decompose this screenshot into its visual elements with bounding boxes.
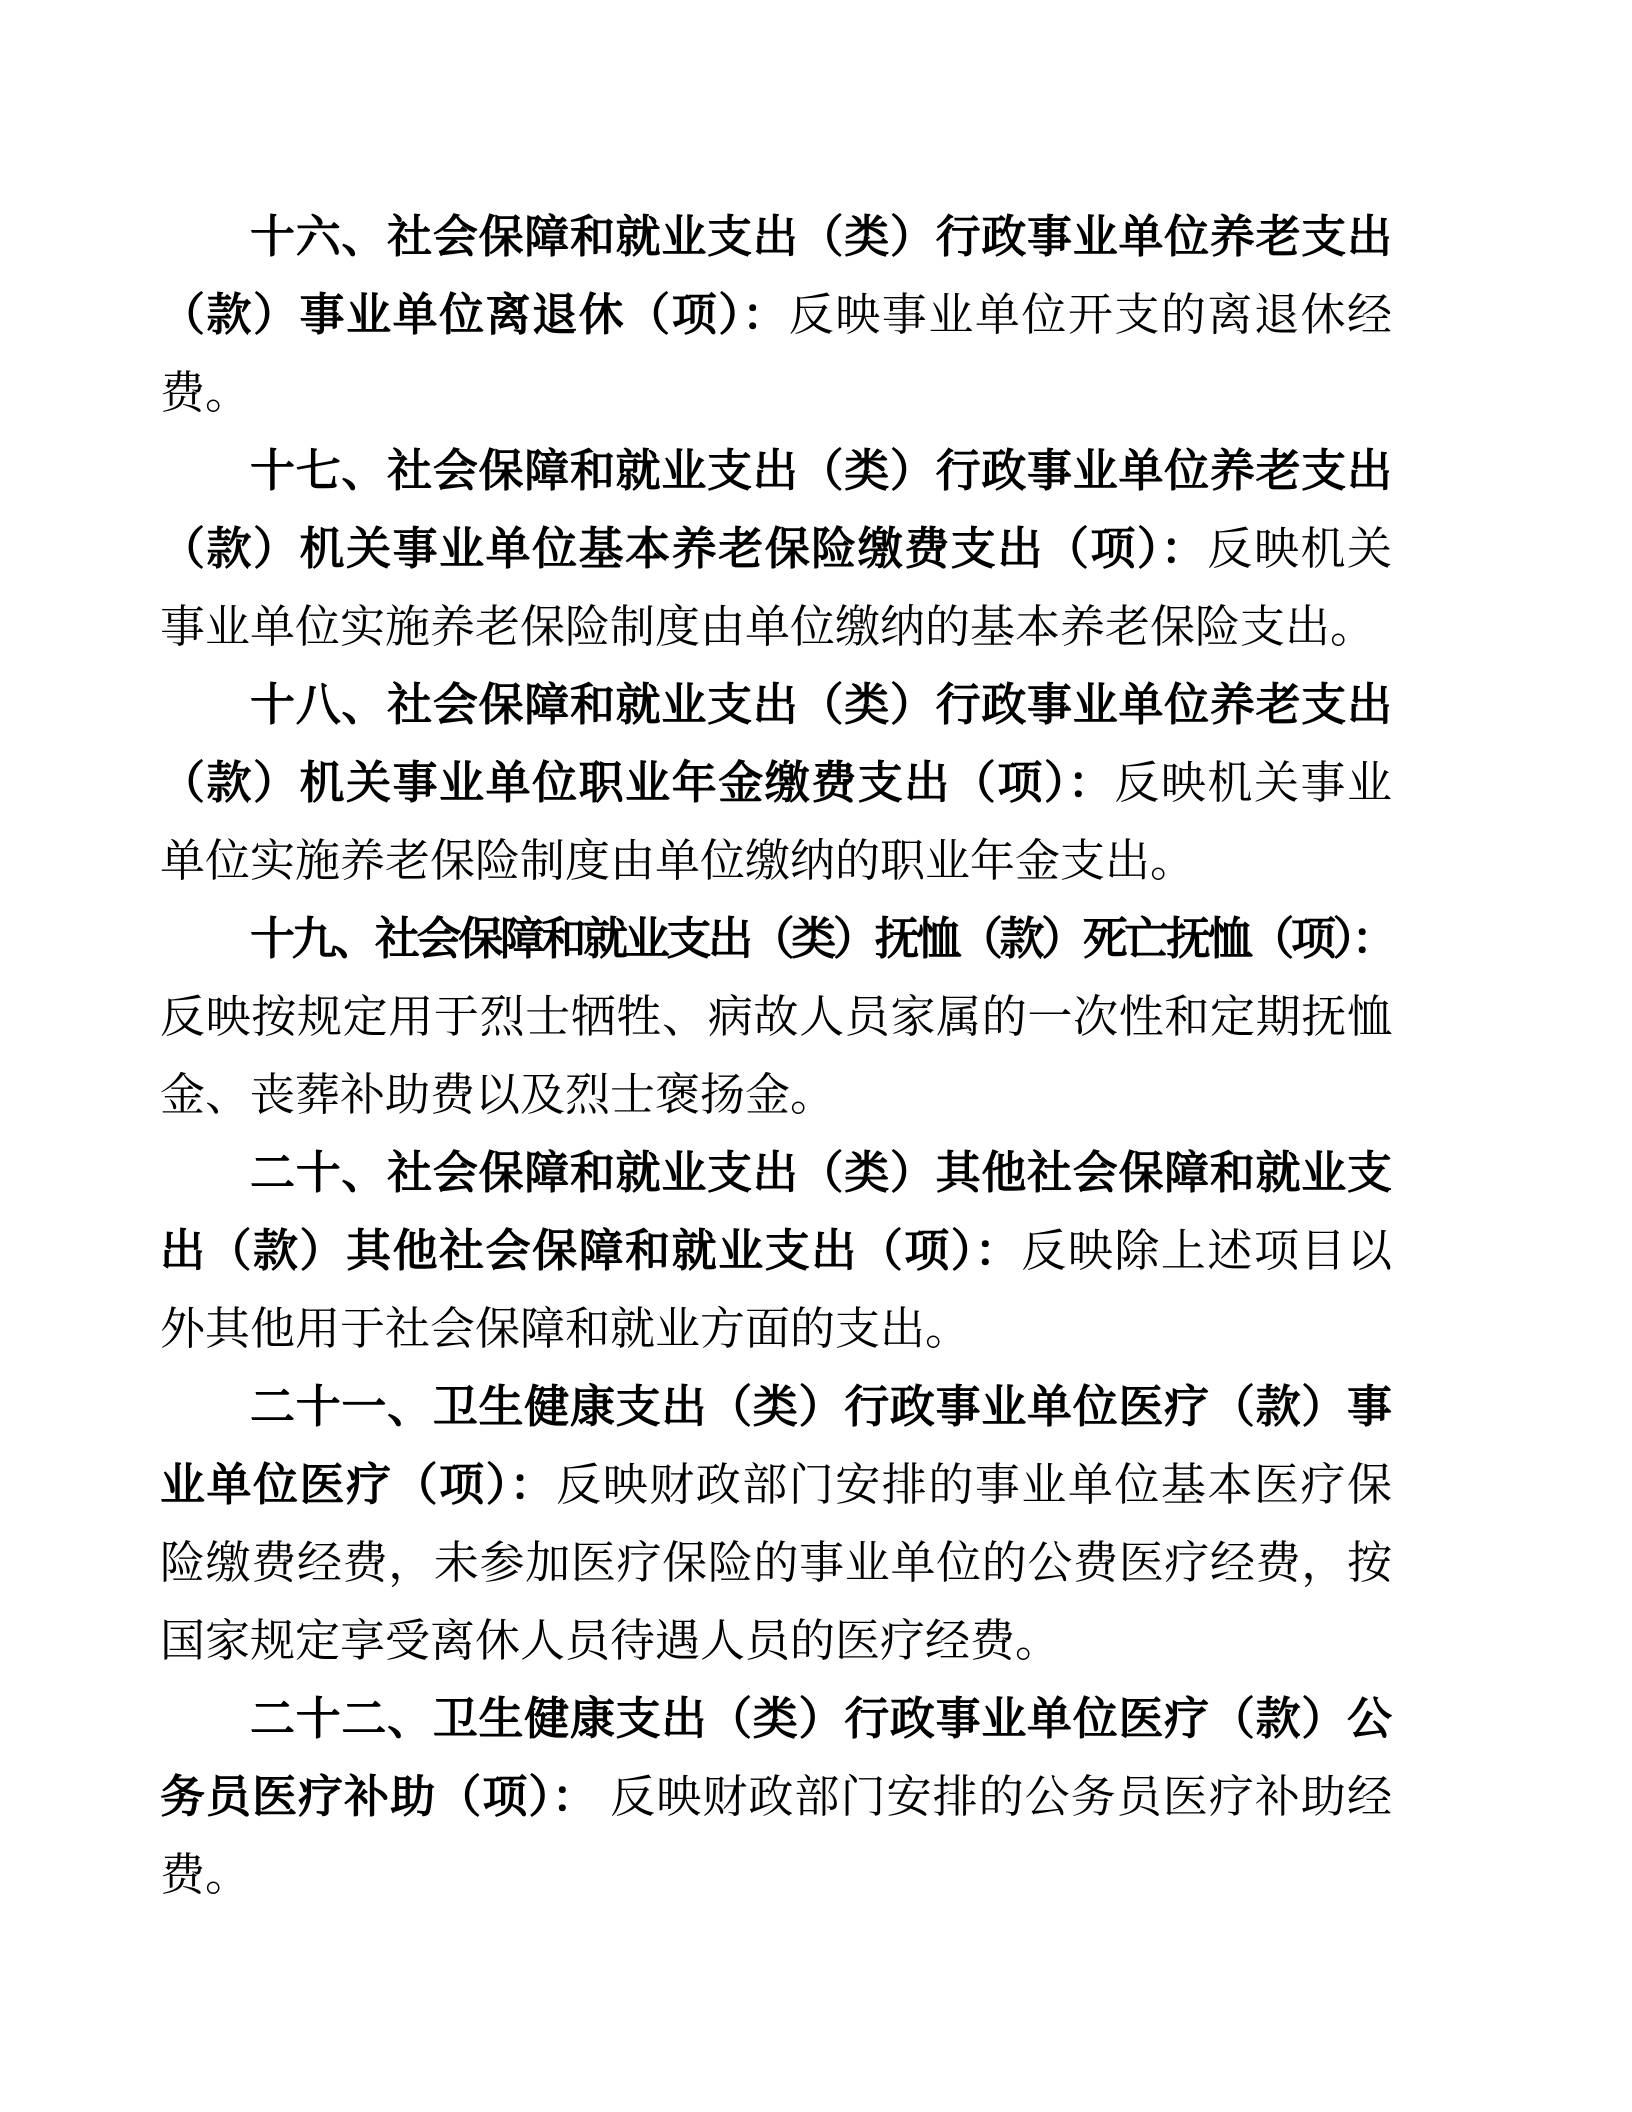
document-content: 十六、社会保障和就业支出（类）行政事业单位养老支出（款）事业单位离退休（项）：反… (160, 198, 1392, 1914)
clause-16: 十六、社会保障和就业支出（类）行政事业单位养老支出（款）事业单位离退休（项）：反… (160, 198, 1392, 432)
clause-19-heading: 十九、社会保障和就业支出（类）抚恤（款）死亡抚恤（项）： (250, 914, 1392, 964)
clause-17: 十七、社会保障和就业支出（类）行政事业单位养老支出（款）机关事业单位基本养老保险… (160, 432, 1392, 666)
clause-18: 十八、社会保障和就业支出（类）行政事业单位养老支出（款）机关事业单位职业年金缴费… (160, 666, 1392, 900)
document-page: 十六、社会保障和就业支出（类）行政事业单位养老支出（款）事业单位离退休（项）：反… (0, 0, 1632, 2112)
clause-22: 二十二、卫生健康支出（类）行政事业单位医疗（款）公务员医疗补助（项）： 反映财政… (160, 1680, 1392, 1914)
clause-19: 十九、社会保障和就业支出（类）抚恤（款）死亡抚恤（项）：反映按规定用于烈士牺牲、… (160, 900, 1392, 1134)
clause-20: 二十、社会保障和就业支出（类）其他社会保障和就业支出（款）其他社会保障和就业支出… (160, 1134, 1392, 1368)
clause-19-body: 反映按规定用于烈士牺牲、病故人员家属的一次性和定期抚恤金、丧葬补助费以及烈士褒扬… (160, 992, 1392, 1120)
clause-21: 二十一、卫生健康支出（类）行政事业单位医疗（款）事业单位医疗（项）：反映财政部门… (160, 1368, 1392, 1680)
